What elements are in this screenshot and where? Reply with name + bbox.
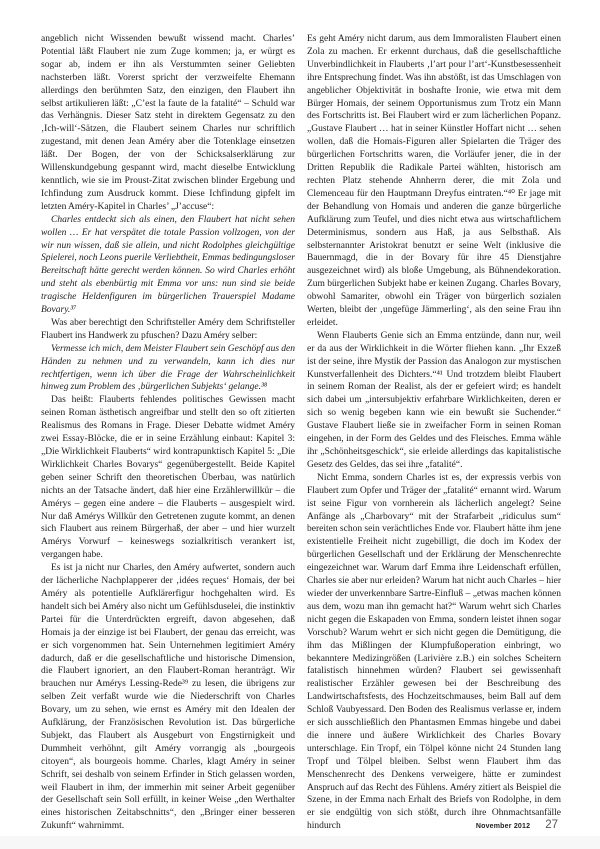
footer-page-number: 27 [545,819,558,831]
right-column: Es geht Améry nicht darum, aus dem Immor… [307,33,561,833]
page-bottom-edge [0,836,600,849]
paragraph: angeblich nicht Wissenden bewußt wissend… [41,33,295,214]
page-footer: November 2012 27 [476,819,558,831]
paragraph: Es geht Améry nicht darum, aus dem Immor… [307,33,561,330]
text-body: angeblich nicht Wissenden bewußt wissend… [41,33,561,833]
paragraph: Nicht Emma, sondern Charles ist es, der … [307,472,561,833]
paragraph: Wenn Flauberts Genie sich an Emma entzün… [307,330,561,472]
paragraph: Das heißt: Flauberts fehlendes politisch… [41,394,295,562]
paragraph: Es ist ja nicht nur Charles, den Améry a… [41,562,295,833]
book-page: angeblich nicht Wissenden bewußt wissend… [0,0,600,849]
footer-date: November 2012 [476,823,530,830]
paragraph: Was aber berechtigt den Schriftsteller A… [41,317,295,343]
left-column: angeblich nicht Wissenden bewußt wissend… [41,33,295,833]
block-quote: Vermesse ich mich, dem Meister Flaubert … [41,343,295,395]
block-quote: Charles entdeckt sich als einen, den Fla… [41,214,295,317]
